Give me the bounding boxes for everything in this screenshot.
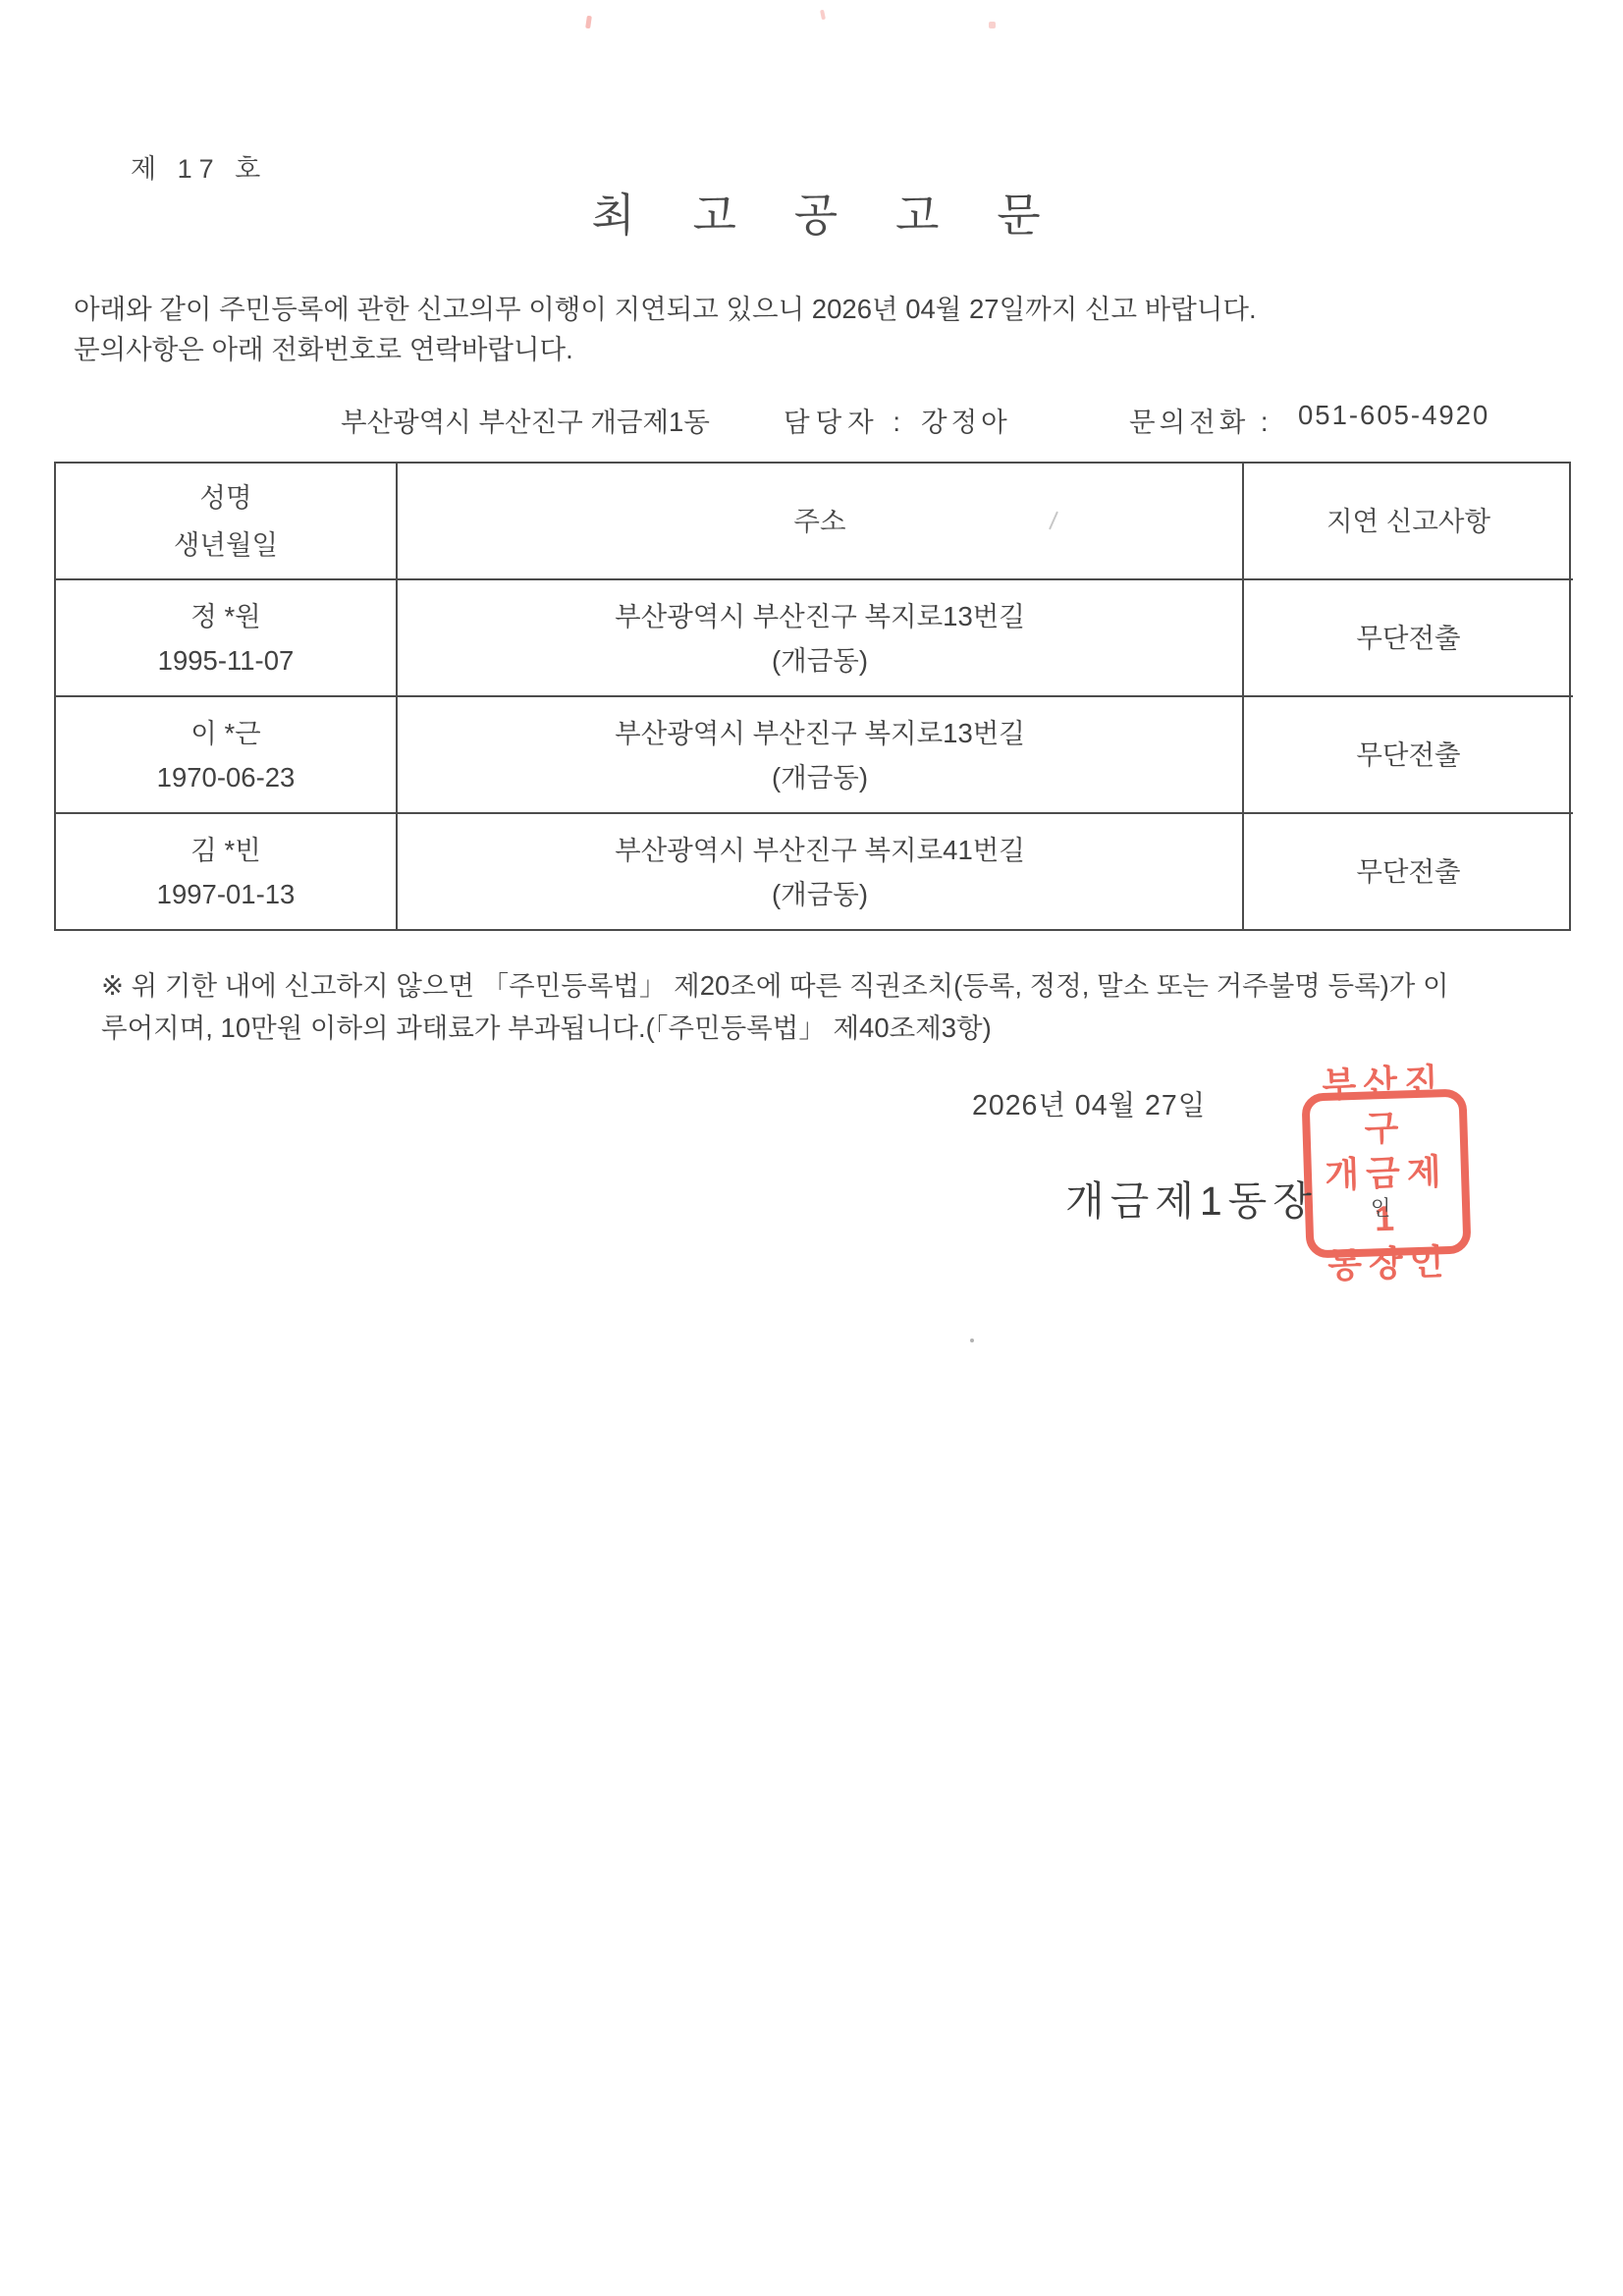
table-row-1-name-cell: 정 *원 1995-11-07 [56,580,398,697]
table-row-3-name-cell: 김 *빈 1997-01-13 [56,814,398,929]
scan-dot [970,1339,974,1342]
table-row-3-address-cell: 부산광역시 부산진구 복지로41번길 (개금동) [398,814,1244,929]
table-row-1-address-cell: 부산광역시 부산진구 복지로13번길 (개금동) [398,580,1244,697]
phone-number: 051-605-4920 [1298,400,1489,431]
person-birthdate: 1970-06-23 [157,755,296,799]
header-address-label: 주소 [793,498,845,545]
manager-label: 담당자 : [784,400,906,439]
person-name: 김 *빈 [190,828,260,872]
stamp-line-3: 동장인 [1327,1239,1452,1288]
scan-speck [820,10,826,21]
scan-speck [989,22,996,28]
page-title: 최 고 공 고 문 [0,180,1623,245]
official-stamp: 부산진구 개금제1 동장인 [1301,1088,1471,1258]
report-item: 무단전출 [1356,733,1460,777]
person-name: 정 *원 [190,594,260,638]
address-line-1: 부산광역시 부산진구 복지로41번길 [615,828,1025,872]
table-row-2-report-cell: 무단전출 [1244,697,1573,814]
report-item: 무단전출 [1356,849,1460,894]
stamp-line-1: 부산진구 [1308,1059,1460,1154]
address-line-1: 부산광역시 부산진구 복지로13번길 [615,711,1025,755]
table-header-name-birth: 성명 생년월일 [56,464,398,580]
table-row-2-name-cell: 이 *근 1970-06-23 [56,697,398,814]
manager-name: 강정아 [921,400,1011,439]
header-name-line: 성명 [199,474,251,521]
scan-speck [585,16,592,29]
phone-label: 문의전화 : [1129,400,1272,439]
office-name: 부산광역시 부산진구 개금제1동 [341,400,710,439]
issue-date: 2026년 04월 27일 [972,1083,1206,1123]
person-birthdate: 1997-01-13 [157,872,296,916]
footnote-line-1: ※ 위 기한 내에 신고하지 않으면 「주민등록법」 제20조에 따른 직권조치… [101,963,1449,1003]
footnote-line-2: 루어지며, 10만원 이하의 과태료가 부과됩니다.(「주민등록법」 제40조제… [101,1006,992,1045]
document-page: 제 17 호 최 고 공 고 문 아래와 같이 주민등록에 관한 신고의무 이행… [0,0,1623,2296]
address-line-2: (개금동) [772,872,868,916]
intro-line-1: 아래와 같이 주민등록에 관한 신고의무 이행이 지연되고 있으니 2026년 … [74,289,1257,329]
table-row-1-report-cell: 무단전출 [1244,580,1573,697]
address-line-1: 부산광역시 부산진구 복지로13번길 [615,594,1025,638]
signer-title: 개금제1동장 [1065,1169,1318,1227]
delayed-report-table: 성명 생년월일 주소 지연 신고사항 정 *원 1995-11-07 부산광역시… [54,462,1571,931]
intro-line-2: 문의사항은 아래 전화번호로 연락바랍니다. [74,329,1257,369]
header-report-label: 지연 신고사항 [1326,498,1490,545]
person-name: 이 *근 [190,711,260,755]
header-birth-line: 생년월일 [174,521,278,569]
address-line-2: (개금동) [772,755,868,799]
report-item: 무단전출 [1356,616,1460,660]
table-row-2-address-cell: 부산광역시 부산진구 복지로13번길 (개금동) [398,697,1244,814]
table-header-address: 주소 [398,464,1244,580]
contact-line: 부산광역시 부산진구 개금제1동 담당자 : 강정아 문의전화 : 051-60… [0,400,1623,439]
table-row-3-report-cell: 무단전출 [1244,814,1573,929]
person-birthdate: 1995-11-07 [158,638,295,683]
seal-placeholder-mark: 인 [1371,1192,1390,1222]
intro-paragraph: 아래와 같이 주민등록에 관한 신고의무 이행이 지연되고 있으니 2026년 … [74,289,1257,369]
table-header-report-item: 지연 신고사항 [1244,464,1573,580]
address-line-2: (개금동) [772,638,868,683]
